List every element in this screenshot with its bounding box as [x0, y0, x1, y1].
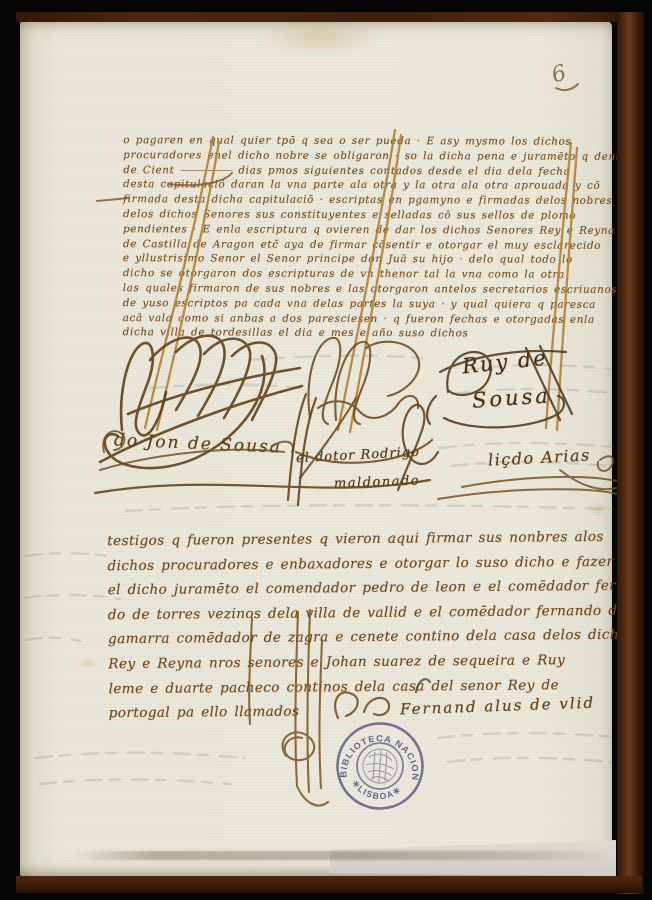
binding-frame-top — [16, 12, 642, 22]
manuscript-text-line: e yllustrisimo Senor el Senor principe d… — [123, 252, 617, 269]
manuscript-text-line: las quales firmaron de sus nobres e las … — [123, 281, 617, 298]
manuscript-text-line: o pagaren en qual quier tpō q sea o ser … — [123, 133, 617, 150]
manuscript-text-line: leme e duarte pacheco continos dela casa… — [108, 672, 616, 701]
manuscript-text-line: de Castilla de Aragon etc̃ aya de firmar… — [123, 237, 617, 254]
manuscript-photo: 6 o pagaren en qual quier tpō q sea o se… — [0, 0, 652, 900]
page-bottom-edge — [70, 851, 610, 860]
manuscript-text-line: de Cient ⸻⸻ dias pmos siguientes contado… — [123, 163, 617, 180]
manuscript-text-line: firmada desta dicha capitulaciō · escrip… — [123, 192, 617, 209]
manuscript-text-line: delos dichos Senores sus constituyentes … — [123, 207, 617, 224]
manuscript-text-line: Rey e Reyna nros senores e Johan suarez … — [108, 648, 616, 677]
manuscript-text-line: dicho se otorgaron dos escripturas de vn… — [123, 266, 617, 283]
stamp-emblem — [362, 748, 398, 784]
manuscript-text-line: dicha villa de tordesillas el dia e mes … — [123, 325, 617, 342]
manuscript-text-line: procuradores enel dicho nobre se obligar… — [123, 148, 617, 165]
library-stamp: BIBLIOTECA NACIONAL ✳LISBOA✳ — [321, 707, 438, 824]
binding-frame-bottom — [16, 876, 642, 893]
manuscript-text-line: desta capitulaciō daran la vna parte ala… — [123, 178, 617, 195]
witness-text-block: testigos q fueron presentes q vieron aqu… — [107, 525, 617, 726]
signature-rodrigo-maldonado-line2: maldonado — [334, 474, 421, 492]
main-text-block: o pagaren en qual quier tpō q sea o ser … — [123, 133, 618, 342]
manuscript-text-line: acā vala como si anbas a dos paresciesen… — [123, 311, 617, 328]
binding-frame-right — [617, 12, 644, 894]
manuscript-text-line: de yuso escriptos pa cada vna delas part… — [123, 296, 617, 313]
manuscript-text-line: pendientes · E enla escriptura q ovieren… — [123, 222, 617, 239]
